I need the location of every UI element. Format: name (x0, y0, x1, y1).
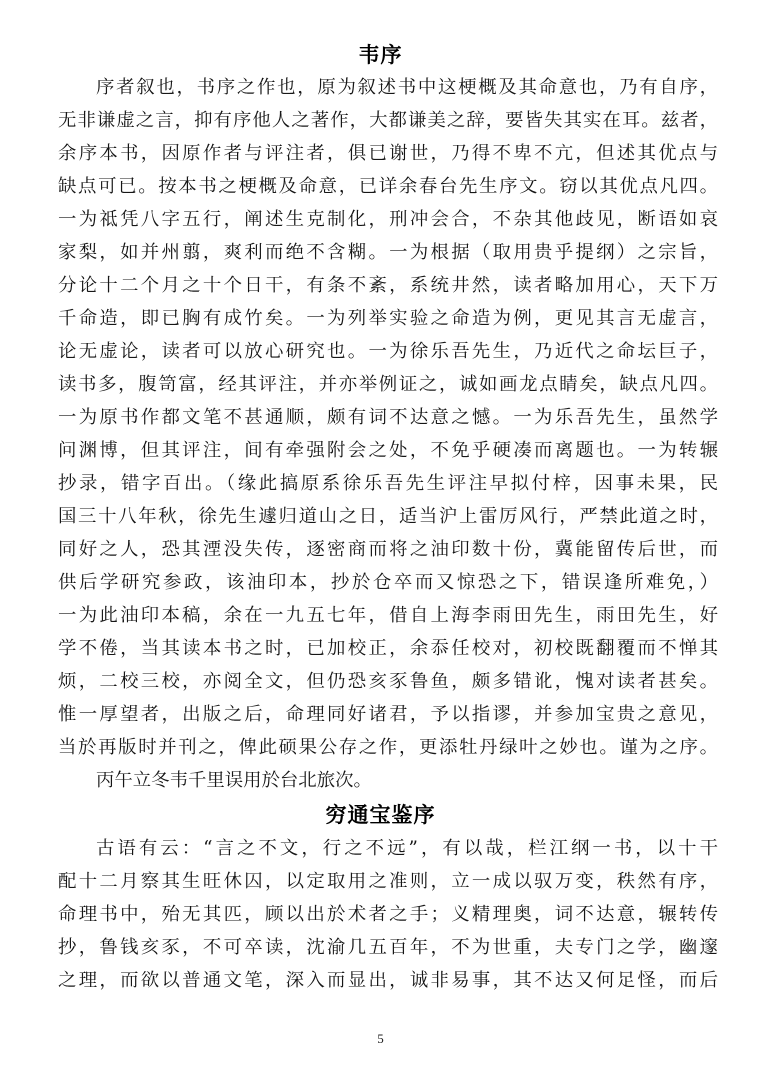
paragraph-line: 惟一厚望者，出版之后，命理同好诸君，予以指谬，并参加宝贵之意见， (58, 702, 718, 728)
paragraph-line: 命理书中，殆无其匹，顾以出於术者之手；义精理奥，词不达意，辗转传 (58, 902, 718, 928)
paragraph-line: 配十二月察其生旺休囚，以定取用之准则，立一成以驭万变，秩然有序， (58, 869, 718, 895)
section-heading-wei-preface: 韦序 (0, 42, 761, 68)
paragraph-line: 供后学研究参政，该油印本，抄於仓卒而又惊恐之下，错误逢所难免，） (58, 570, 718, 596)
paragraph-line: 问渊博，但其评注，间有牵强附会之处，不免乎硬凑而离题也。一为转辗 (58, 438, 718, 464)
paragraph-line: 读书多，腹笥富，经其评注，并亦举例证之，诚如画龙点睛矣，缺点凡四。 (58, 372, 718, 398)
paragraph-line: 余序本书，因原作者与评注者，俱已谢世，乃得不卑不亢，但述其优点与 (58, 141, 718, 167)
paragraph-line: 一为原书作都文笔不甚通顺，颇有词不达意之憾。一为乐吾先生，虽然学 (58, 405, 718, 431)
paragraph-line: 烦，二校三校，亦阅全文，但仍恐亥豕鲁鱼，颇多错讹，愧对读者甚矣。 (58, 669, 718, 695)
page-number: 5 (0, 1031, 761, 1047)
paragraph-line: 一为此油印本稿，余在一九五七年，借自上海李雨田先生，雨田先生，好 (58, 603, 718, 629)
paragraph-line: 同好之人，恐其湮没失传，逐密商而将之油印数十份，冀能留传后世，而 (58, 537, 718, 563)
paragraph-line: 千命造，即已胸有成竹矣。一为列举实验之命造为例，更见其言无虚言， (58, 306, 718, 332)
paragraph-line: 抄录，错字百出。（缘此搞原系徐乐吾先生评注早拟付梓，因事未果，民 (58, 471, 718, 497)
paragraph-line: 学不倦，当其读本书之时，已加校正，余忝任校对，初校既翻覆而不惮其 (58, 636, 718, 662)
section-heading-qiongtong-preface: 穷通宝鉴序 (0, 802, 761, 828)
paragraph-line: 论无虚论，读者可以放心研究也。一为徐乐吾先生，乃近代之命坛巨子， (58, 339, 718, 365)
paragraph-line: 当於再版时并刊之，俾此硕果公存之作，更添牡丹绿叶之妙也。谨为之序。 (58, 735, 718, 761)
document-page: 韦序 序者叙也，书序之作也，原为叙述书中这梗概及其命意也，乃有自序， 无非谦虚之… (0, 0, 761, 1078)
paragraph-line: 古语有云：“言之不文，行之不远”，有以哉，栏江纲一书，以十干 (96, 836, 718, 862)
paragraph-line: 之理，而欲以普通文笔，深入而显出，诚非易事，其不达又何足怪，而后 (58, 968, 718, 994)
signature-line: 丙午立冬韦千里误用於台北旅次。 (96, 768, 372, 794)
paragraph-line: 序者叙也，书序之作也，原为叙述书中这梗概及其命意也，乃有自序， (96, 75, 718, 101)
paragraph-line: 国三十八年秋，徐先生遽归道山之日，适当沪上雷厉风行，严禁此道之时， (58, 504, 718, 530)
paragraph-line: 无非谦虚之言，抑有序他人之著作，大都谦美之辞，要皆失其实在耳。兹者， (58, 108, 718, 134)
paragraph-line: 抄，鲁钱亥豕，不可卒读，沈渝几五百年，不为世重，夫专门之学，幽邃 (58, 935, 718, 961)
paragraph-line: 一为祗凭八字五行，阐述生克制化，刑冲会合，不杂其他歧见，断语如哀 (58, 207, 718, 233)
paragraph-line: 分论十二个月之十个日干，有条不紊，系统井然，读者略加用心，天下万 (58, 273, 718, 299)
paragraph-line: 缺点可已。按本书之梗概及命意，已详余春台先生序文。窃以其优点凡四。 (58, 174, 718, 200)
paragraph-line: 家梨，如并州翦，爽利而绝不含糊。一为根据（取用贵乎提纲）之宗旨， (58, 240, 718, 266)
